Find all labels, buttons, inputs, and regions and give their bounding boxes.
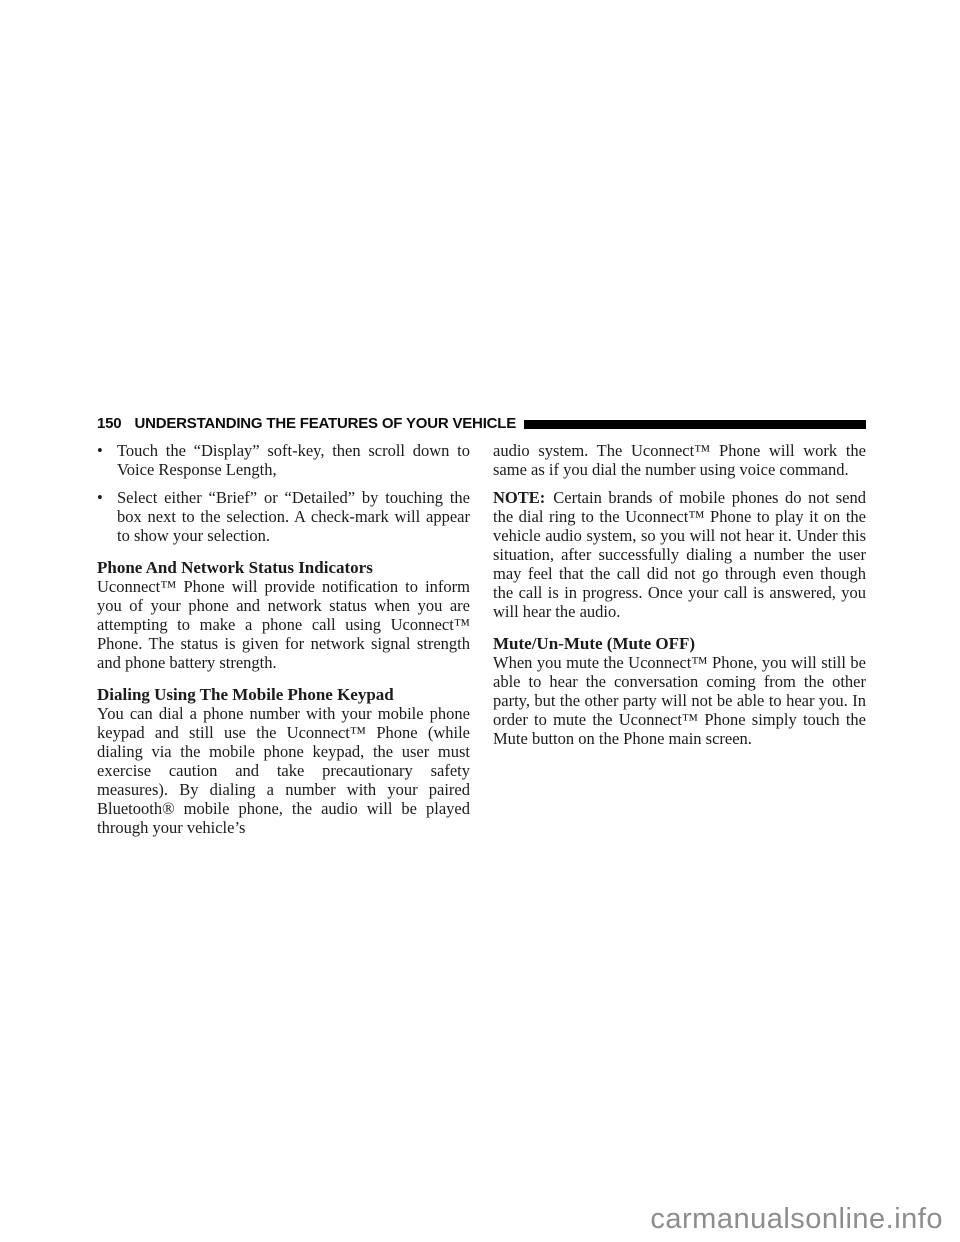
section-body: Uconnect™ Phone will provide notificatio…: [97, 577, 470, 672]
continuation-paragraph: audio system. The Uconnect™ Phone will w…: [493, 441, 866, 479]
note-text: Certain brands of mobile phones do not s…: [493, 488, 866, 621]
right-column: audio system. The Uconnect™ Phone will w…: [493, 441, 866, 837]
section-body: You can dial a phone number with your mo…: [97, 704, 470, 837]
bullet-text: Touch the “Display” soft-key, then scrol…: [117, 441, 470, 479]
header-bar: [524, 420, 866, 429]
bullet-icon: •: [97, 488, 117, 545]
section-heading: Phone And Network Status Indicators: [97, 558, 470, 577]
note-label: NOTE:: [493, 488, 545, 507]
list-item: • Touch the “Display” soft-key, then scr…: [97, 441, 470, 479]
list-item: • Select either “Brief” or “Detailed” by…: [97, 488, 470, 545]
section-heading: Mute/Un-Mute (Mute OFF): [493, 634, 866, 653]
page-title: UNDERSTANDING THE FEATURES OF YOUR VEHIC…: [134, 415, 516, 432]
bullet-text: Select either “Brief” or “Detailed” by t…: [117, 488, 470, 545]
page-header: 150 UNDERSTANDING THE FEATURES OF YOUR V…: [97, 415, 866, 432]
section-body: When you mute the Uconnect™ Phone, you w…: [493, 653, 866, 748]
manual-page: 150 UNDERSTANDING THE FEATURES OF YOUR V…: [0, 0, 960, 1242]
watermark: carmanualsonline.info: [650, 1203, 943, 1236]
page-body: • Touch the “Display” soft-key, then scr…: [97, 441, 866, 837]
section-heading: Dialing Using The Mobile Phone Keypad: [97, 685, 470, 704]
note-paragraph: NOTE:Certain brands of mobile phones do …: [493, 488, 866, 621]
left-column: • Touch the “Display” soft-key, then scr…: [97, 441, 470, 837]
page-number: 150: [97, 415, 121, 432]
bullet-icon: •: [97, 441, 117, 479]
